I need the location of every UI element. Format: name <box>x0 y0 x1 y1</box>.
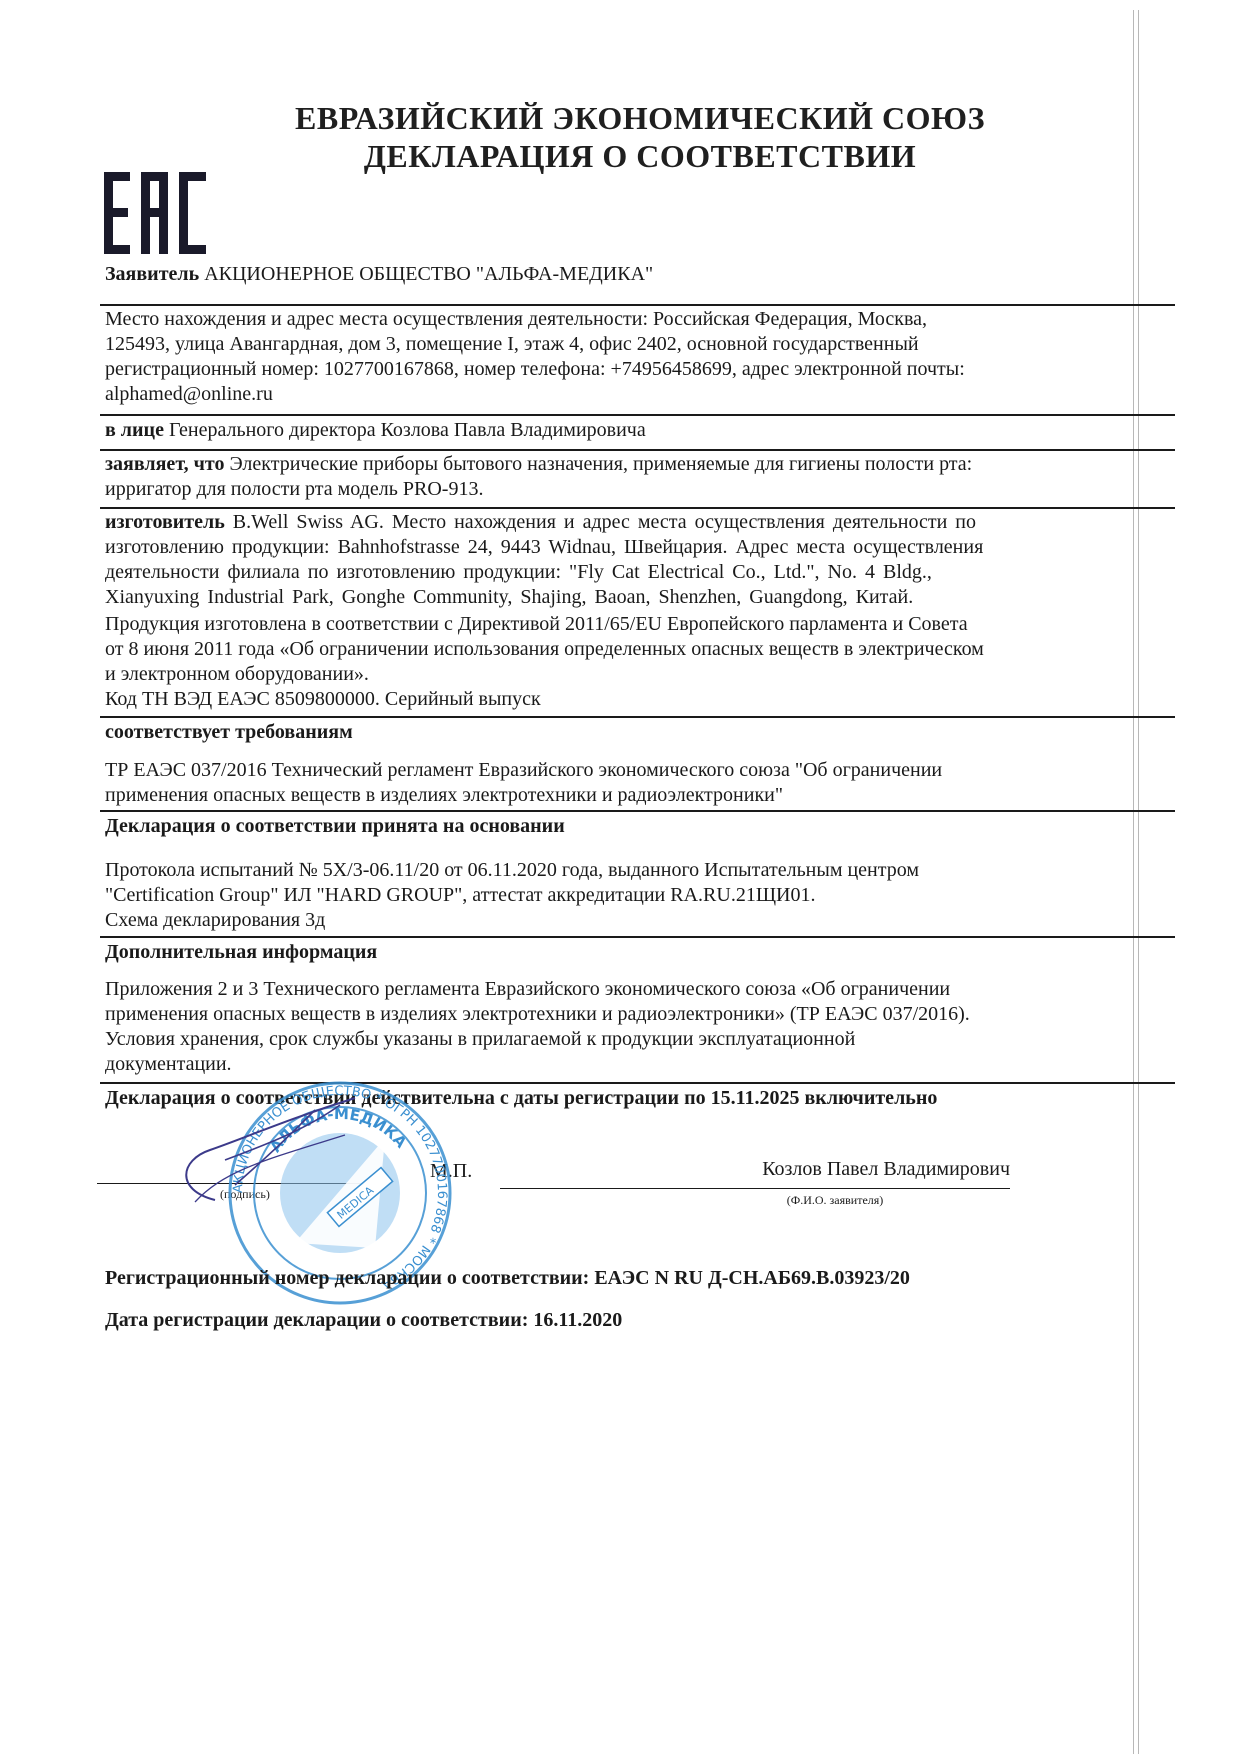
manufacturer-line: B.Well Swiss AG. Место нахождения и адре… <box>233 511 976 533</box>
applicant-value: АКЦИОНЕРНОЕ ОБЩЕСТВО "АЛЬФА-МЕДИКА" <box>204 263 653 285</box>
regulation-line: применения опасных веществ в изделиях эл… <box>105 783 1175 808</box>
address-line: 125493, улица Авангардная, дом 3, помеще… <box>105 332 1175 357</box>
applicant-label: Заявитель <box>105 263 199 285</box>
protocol-line: Протокола испытаний № 5Х/3-06.11/20 от 0… <box>105 858 1175 883</box>
address-block: Место нахождения и адрес места осуществл… <box>105 307 1175 407</box>
divider <box>100 936 1175 938</box>
protocol-line: "Certification Group" ИЛ "HARD GROUP", а… <box>105 883 1175 908</box>
document-title: ДЕКЛАРАЦИЯ О СООТВЕТСТВИИ <box>70 138 1210 175</box>
manufacturer-block: изготовитель B.Well Swiss AG. Место нахо… <box>105 510 1175 610</box>
product-line: ирригатор для полости рта модель PRO-913… <box>105 477 1175 502</box>
address-line: регистрационный номер: 1027700167868, но… <box>105 357 1175 382</box>
basis-heading: Декларация о соответствии принята на осн… <box>105 814 1175 839</box>
manufacturer-line: изготовлению продукции: Bahnhofstrasse 2… <box>105 535 1175 560</box>
email-text: alphamed@online.ru <box>105 382 1175 407</box>
hs-code-line: Код ТН ВЭД ЕАЭС 8509800000. Серийный вып… <box>105 687 1175 712</box>
declaration-page: ЕВРАЗИЙСКИЙ ЭКОНОМИЧЕСКИЙ СОЮЗ ДЕКЛАРАЦИ… <box>0 0 1240 1754</box>
declares-label: заявляет, что <box>105 453 224 475</box>
name-caption: (Ф.И.О. заявителя) <box>500 1193 1010 1208</box>
directive-line: и электронном оборудовании». <box>105 662 1175 687</box>
registration-date: Дата регистрации декларации о соответств… <box>105 1308 1175 1333</box>
manufacturer-label: изготовитель <box>105 511 225 533</box>
divider <box>100 716 1175 718</box>
address-line: Место нахождения и адрес места осуществл… <box>105 307 1175 332</box>
divider <box>100 507 1175 509</box>
directive-block: Продукция изготовлена в соответствии с Д… <box>105 612 1175 712</box>
directive-line: от 8 июня 2011 года «Об ограничении испо… <box>105 637 1175 662</box>
applicant-row: Заявитель АКЦИОНЕРНОЕ ОБЩЕСТВО "АЛЬФА-МЕ… <box>105 262 1175 287</box>
additional-line: документации. <box>105 1052 1175 1077</box>
divider <box>100 810 1175 812</box>
representative-value: Генерального директора Козлова Павла Вла… <box>169 419 646 441</box>
product-line: Электрические приборы бытового назначени… <box>229 453 972 475</box>
basis-block: Протокола испытаний № 5Х/3-06.11/20 от 0… <box>105 858 1175 933</box>
representative-row: в лице Генерального директора Козлова Па… <box>105 418 1175 443</box>
compliance-block: ТР ЕАЭС 037/2016 Технический регламент Е… <box>105 758 1175 808</box>
additional-heading: Дополнительная информация <box>105 940 1175 965</box>
signature-icon <box>155 1090 375 1210</box>
directive-line: Продукция изготовлена в соответствии с Д… <box>105 612 1175 637</box>
manufacturer-line: деятельности филиала по изготовлению про… <box>105 560 1175 585</box>
declares-block: заявляет, что Электрические приборы быто… <box>105 452 1175 502</box>
regulation-line: ТР ЕАЭС 037/2016 Технический регламент Е… <box>105 758 1175 783</box>
compliance-heading: соответствует требованиям <box>105 720 1175 745</box>
divider <box>100 449 1175 451</box>
representative-label: в лице <box>105 419 164 441</box>
additional-line: применения опасных веществ в изделиях эл… <box>105 1002 1175 1027</box>
manufacturer-line: Xianyuxing Industrial Park, Gonghe Commu… <box>105 585 1175 610</box>
additional-line: Условия хранения, срок службы указаны в … <box>105 1027 1175 1052</box>
additional-line: Приложения 2 и 3 Технического регламента… <box>105 977 1175 1002</box>
scheme-line: Схема декларирования 3д <box>105 908 1175 933</box>
additional-block: Приложения 2 и 3 Технического регламента… <box>105 977 1175 1077</box>
eac-mark-icon <box>104 172 212 254</box>
union-title: ЕВРАЗИЙСКИЙ ЭКОНОМИЧЕСКИЙ СОЮЗ <box>70 100 1210 137</box>
divider <box>100 304 1175 306</box>
divider <box>100 414 1175 416</box>
registration-number: Регистрационный номер декларации о соотв… <box>105 1266 1175 1291</box>
name-line <box>500 1188 1010 1189</box>
applicant-name: Козлов Павел Владимирович <box>500 1158 1010 1181</box>
